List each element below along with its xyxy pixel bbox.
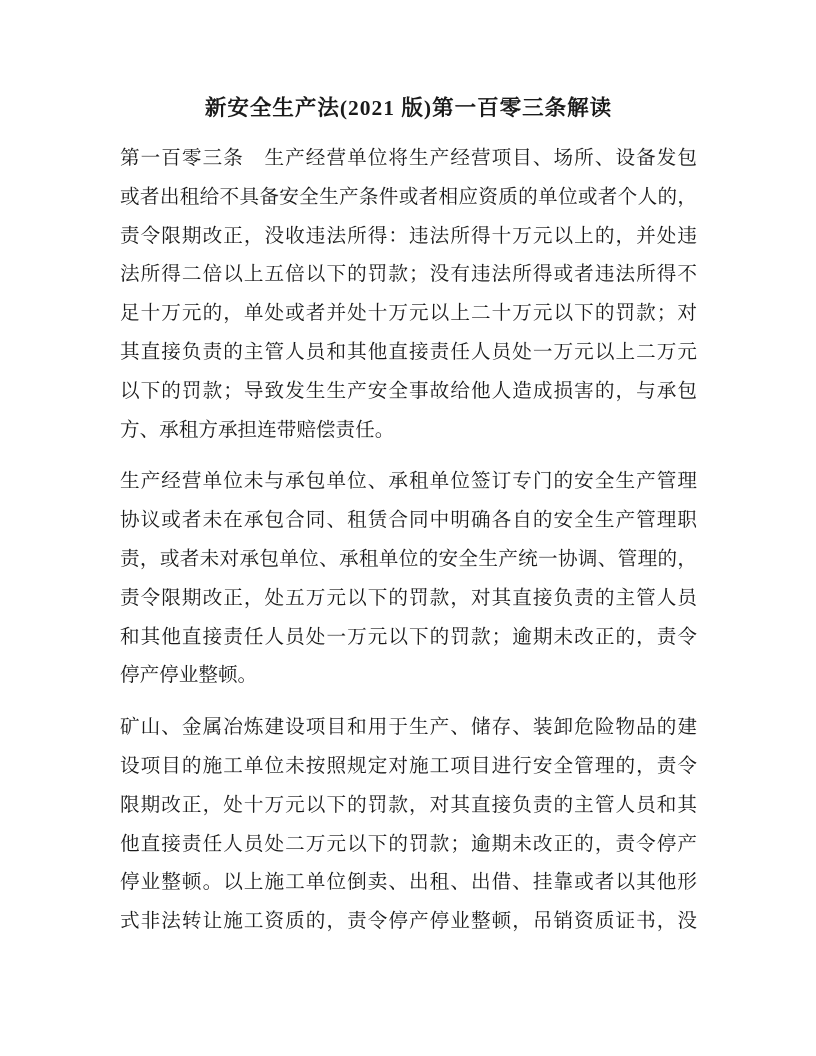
document-content: 新安全生产法(2021 版)第一百零三条解读 第一百零三条 生产经营单位将生产经… <box>120 93 697 942</box>
text-line: 和其他直接责任人员处一万元以下的罚款；逾期未改正的，责令 <box>120 619 697 658</box>
text-line: 矿山、金属冶炼建设项目和用于生产、储存、装卸危险物品的建 <box>120 709 697 748</box>
text-line: 方、承租方承担连带赔偿责任。 <box>120 412 697 451</box>
text-line: 以下的罚款；导致发生生产安全事故给他人造成损害的，与承包 <box>120 373 697 412</box>
paragraph: 第一百零三条 生产经营单位将生产经营项目、场所、设备发包或者出租给不具备安全生产… <box>120 140 697 450</box>
text-line: 他直接责任人员处二万元以下的罚款；逾期未改正的，责令停产 <box>120 826 697 865</box>
text-line: 责，或者未对承包单位、承租单位的安全生产统一协调、管理的， <box>120 541 697 580</box>
text-line: 其直接负责的主管人员和其他直接责任人员处一万元以上二万元 <box>120 334 697 373</box>
document-body: 第一百零三条 生产经营单位将生产经营项目、场所、设备发包或者出租给不具备安全生产… <box>120 140 697 942</box>
document-title: 新安全生产法(2021 版)第一百零三条解读 <box>120 93 697 123</box>
paragraph: 矿山、金属冶炼建设项目和用于生产、储存、装卸危险物品的建设项目的施工单位未按照规… <box>120 709 697 942</box>
text-line: 责令限期改正，没收违法所得：违法所得十万元以上的，并处违 <box>120 218 697 257</box>
text-line: 第一百零三条 生产经营单位将生产经营项目、场所、设备发包 <box>120 140 697 179</box>
text-line: 协议或者未在承包合同、租赁合同中明确各自的安全生产管理职 <box>120 502 697 541</box>
text-line: 停产停业整顿。 <box>120 657 697 696</box>
text-line: 足十万元的，单处或者并处十万元以上二十万元以下的罚款；对 <box>120 295 697 334</box>
text-line: 设项目的施工单位未按照规定对施工项目进行安全管理的，责令 <box>120 748 697 787</box>
text-line: 责令限期改正，处五万元以下的罚款，对其直接负责的主管人员 <box>120 580 697 619</box>
text-line: 限期改正，处十万元以下的罚款，对其直接负责的主管人员和其 <box>120 787 697 826</box>
text-line: 或者出租给不具备安全生产条件或者相应资质的单位或者个人的， <box>120 179 697 218</box>
text-line: 停业整顿。以上施工单位倒卖、出租、出借、挂靠或者以其他形 <box>120 864 697 903</box>
text-line: 式非法转让施工资质的，责令停产停业整顿，吊销资质证书，没 <box>120 903 697 942</box>
text-line: 生产经营单位未与承包单位、承租单位签订专门的安全生产管理 <box>120 463 697 502</box>
document-page: 新安全生产法(2021 版)第一百零三条解读 第一百零三条 生产经营单位将生产经… <box>0 0 816 1056</box>
paragraph: 生产经营单位未与承包单位、承租单位签订专门的安全生产管理协议或者未在承包合同、租… <box>120 463 697 696</box>
text-line: 法所得二倍以上五倍以下的罚款；没有违法所得或者违法所得不 <box>120 256 697 295</box>
